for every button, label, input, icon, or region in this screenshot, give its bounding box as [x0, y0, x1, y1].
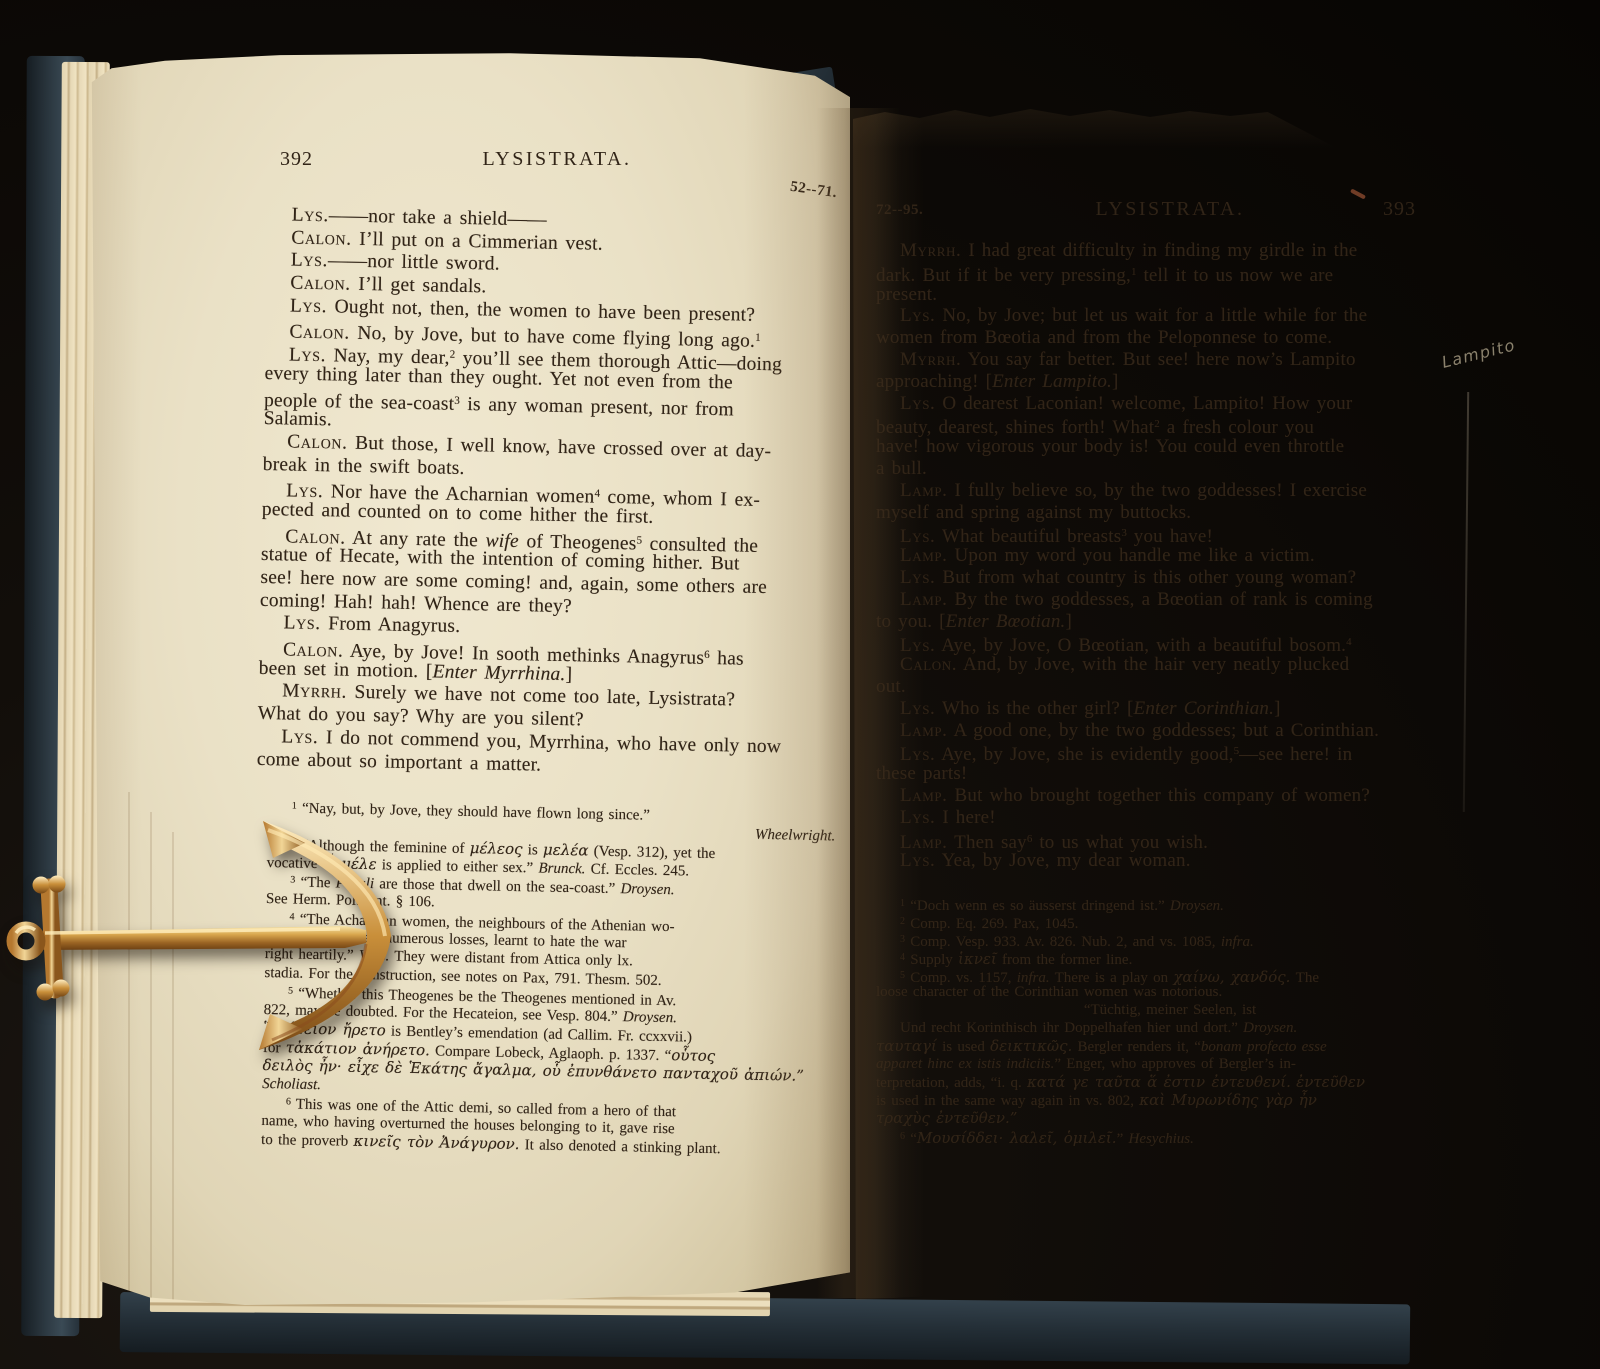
- text-line: Calon. And, by Jove, with the hair very …: [876, 654, 1464, 676]
- text-line: present.: [876, 284, 1464, 306]
- text-line: 6 “Μουσίδδει· λαλεῖ, ὁμιλεῖ.” Hesychius.: [876, 1128, 1464, 1146]
- book-photo: { "colors":{ "background":"#0d0a07","pag…: [0, 0, 1600, 1369]
- left-page-header: 392 LYSISTRATA.: [268, 148, 846, 174]
- text-line: Lys. No, by Jove; but let us wait for a …: [876, 305, 1464, 327]
- text-line: Lys. Aye, by Jove, O Bœotian, with a bea…: [876, 632, 1464, 654]
- text-line: Lys. Who is the other girl? [Enter Corin…: [876, 698, 1464, 720]
- left-page-body-lines: Lys.——nor take a shield——Calon. I’ll put…: [257, 204, 846, 783]
- text-line: Lamp. By the two goddesses, a Bœotian of…: [876, 589, 1464, 611]
- text-line: have! how vigorous your body is! You cou…: [876, 436, 1464, 458]
- text-line: Lys. But from what country is this other…: [876, 567, 1464, 589]
- text-line: 4 Supply ἱκνεῖ from the former line.: [876, 949, 1464, 967]
- text-line: ταυταγί is used δεικτικῶς. Bergler rende…: [876, 1038, 1464, 1056]
- text-line: 2 Comp. Eq. 269. Pax, 1045.: [876, 913, 1464, 931]
- text-line: 5 Comp. vs. 1157, infra. There is a play…: [876, 967, 1464, 985]
- line-ref-left: 52--71.: [789, 179, 838, 202]
- right-page-header: 72--95. LYSISTRATA. 393: [876, 198, 1464, 224]
- text-line: Lys. Aye, by Jove, she is evidently good…: [876, 741, 1464, 763]
- text-line: 1 “Doch wenn es so äusserst dringend ist…: [876, 895, 1464, 913]
- text-line: Lys. O dearest Laconian! welcome, Lampit…: [876, 393, 1464, 415]
- right-page-footnotes: 1 “Doch wenn es so äusserst dringend ist…: [876, 895, 1464, 1145]
- text-line: Lys. Yea, by Jove, my dear woman.: [876, 850, 1464, 872]
- text-line: terpretation, adds, “i. q. κατά γε ταῦτα…: [876, 1074, 1464, 1092]
- text-line: Lamp. A good one, by the two goddesses; …: [876, 720, 1464, 742]
- text-line: Und recht Korinthisch ihr Doppelhafen hi…: [876, 1020, 1464, 1038]
- right-page: 72--95. LYSISTRATA. 393 Myrrh. I had gre…: [853, 100, 1562, 1300]
- text-line: “Tüchtig, meiner Seelen, ist: [876, 1002, 1464, 1020]
- text-line: women from Bœotia and from the Peloponne…: [876, 327, 1464, 349]
- text-line: Lys. I here!: [876, 807, 1464, 829]
- anchor-shape: [12, 821, 391, 1050]
- text-line: these parts!: [876, 763, 1464, 785]
- text-line: a bull.: [876, 458, 1464, 480]
- text-line: Lamp. Upon my word you handle me like a …: [876, 545, 1464, 567]
- text-line: dark. But if it be very pressing,1 tell …: [876, 262, 1464, 284]
- right-page-body-lines: Myrrh. I had great difficulty in finding…: [876, 240, 1464, 872]
- text-line: myself and spring against my buttocks.: [876, 502, 1464, 524]
- text-line: beauty, dearest, shines forth! What2 a f…: [876, 414, 1464, 436]
- text-line: out.: [876, 676, 1464, 698]
- running-title-right: LYSISTRATA.: [876, 198, 1464, 221]
- text-line: Lamp. But who brought together this comp…: [876, 785, 1464, 807]
- text-line: is used in the same way again in vs. 802…: [876, 1092, 1464, 1110]
- left-page-text-block: 392 LYSISTRATA. 52--71. Lys.——nor take a…: [268, 52, 846, 1305]
- text-line: Lys. What beautiful breasts3 you have!: [876, 523, 1464, 545]
- text-line: Myrrh. I had great difficulty in finding…: [876, 240, 1464, 262]
- text-line: 3 Comp. Vesp. 933. Av. 826. Nub. 2, and …: [876, 931, 1464, 949]
- running-title-left: LYSISTRATA.: [268, 148, 846, 171]
- anchor-page-clip: [0, 780, 440, 1080]
- page-number-right: 393: [1383, 198, 1416, 221]
- text-line: Myrrh. You say far better. But see! here…: [876, 349, 1464, 371]
- right-page-text-block: 72--95. LYSISTRATA. 393 Myrrh. I had gre…: [876, 100, 1464, 1300]
- text-line: loose character of the Corinthian women …: [876, 984, 1464, 1002]
- text-line: approaching! [Enter Lampito.]: [876, 371, 1464, 393]
- text-line: τραχὺς ἐντεῦθεν.”: [876, 1110, 1464, 1128]
- text-line: apparet hinc ex istis indiciis.” Enger, …: [876, 1056, 1464, 1074]
- text-line: Lamp. Then say6 to us what you wish.: [876, 829, 1464, 851]
- left-page: 392 LYSISTRATA. 52--71. Lys.——nor take a…: [88, 52, 850, 1305]
- text-line: Lamp. I fully believe so, by the two god…: [876, 480, 1464, 502]
- text-line: to you. [Enter Bœotian.]: [876, 611, 1464, 633]
